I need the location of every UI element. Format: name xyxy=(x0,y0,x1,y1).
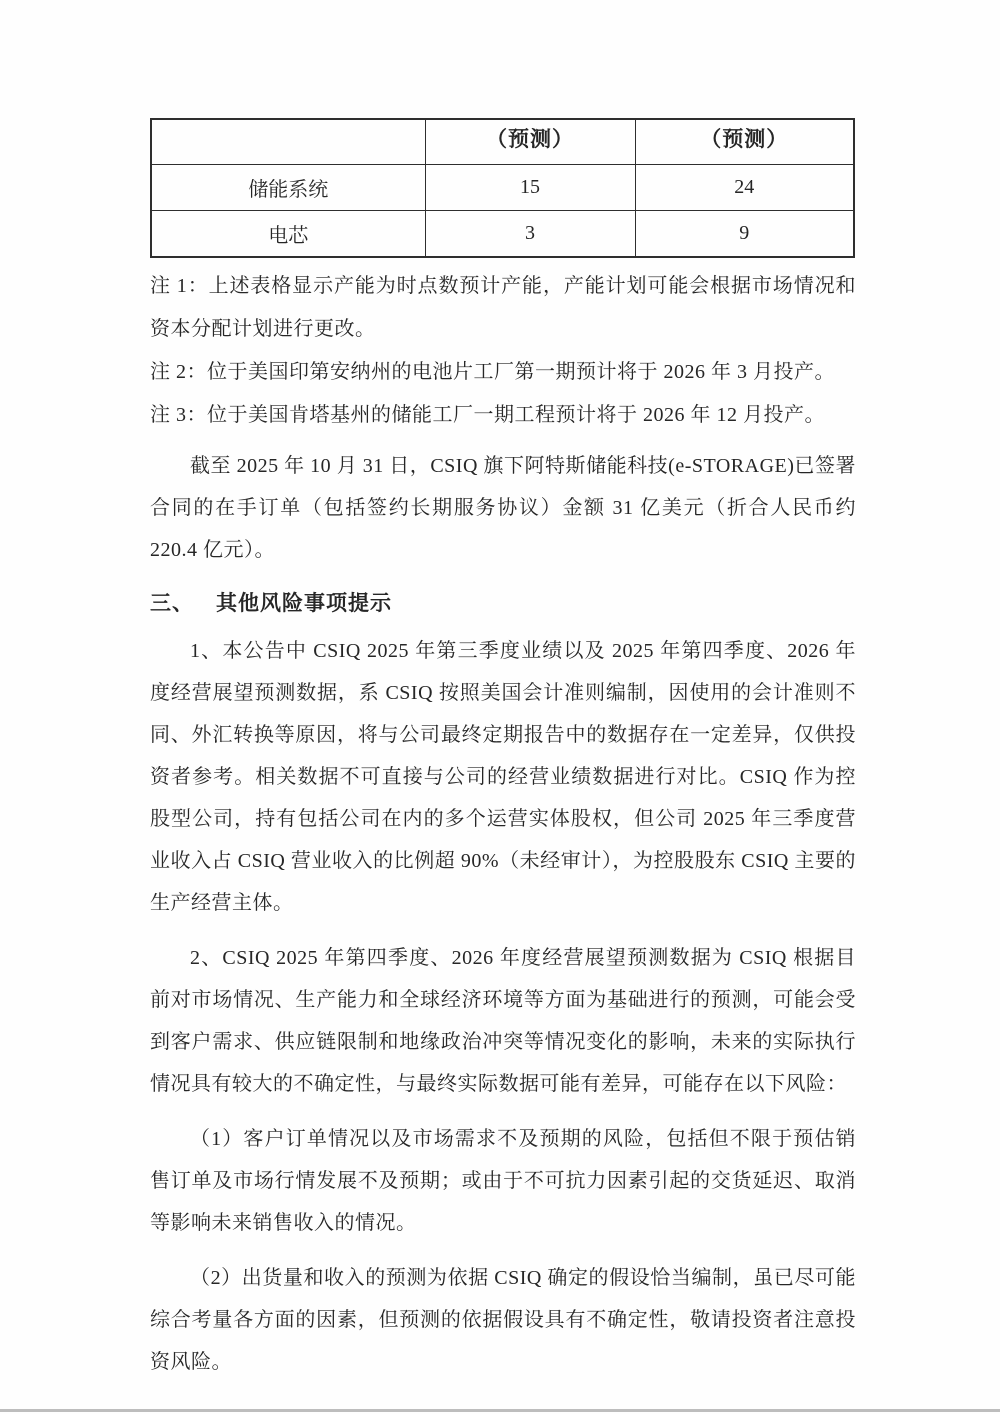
risk-paragraph-4: （2）出货量和收入的预测为依据 CSIQ 确定的假设恰当编制，虽已尽可能综合考量… xyxy=(150,1257,856,1383)
section-heading: 三、 其他风险事项提示 xyxy=(150,587,856,617)
backlog-paragraph: 截至 2025 年 10 月 31 日，CSIQ 旗下阿特斯储能科技(e-STO… xyxy=(150,445,856,571)
section-title: 其他风险事项提示 xyxy=(216,587,392,617)
table-row-battery-cell: 电芯 3 9 xyxy=(151,211,854,258)
battery-cell-forecast-2: 9 xyxy=(635,211,854,258)
table-header-forecast-col2: （预测） xyxy=(635,119,854,165)
row-label-storage-system: 储能系统 xyxy=(151,165,425,211)
risk-paragraph-1: 1、本公告中 CSIQ 2025 年第三季度业绩以及 2025 年第四季度、20… xyxy=(150,630,856,924)
document-content: （预测） （预测） 储能系统 15 24 电芯 3 9 注 1：上述表格显示产能… xyxy=(150,118,856,1383)
storage-system-forecast-2: 24 xyxy=(635,165,854,211)
table-header-forecast-col1: （预测） xyxy=(425,119,635,165)
row-label-battery-cell: 电芯 xyxy=(151,211,425,258)
table-header-row: （预测） （预测） xyxy=(151,119,854,165)
document-page: （预测） （预测） 储能系统 15 24 电芯 3 9 注 1：上述表格显示产能… xyxy=(0,0,1000,1414)
risk-paragraph-3: （1）客户订单情况以及市场需求不及预期的风险，包括但不限于预估销售订单及市场行情… xyxy=(150,1118,856,1244)
note-1: 注 1：上述表格显示产能为时点数预计产能，产能计划可能会根据市场情况和资本分配计… xyxy=(150,265,856,351)
battery-cell-forecast-1: 3 xyxy=(425,211,635,258)
table-row-storage-system: 储能系统 15 24 xyxy=(151,165,854,211)
table-header-empty-cell xyxy=(151,119,425,165)
page-bottom-edge xyxy=(0,1409,1000,1412)
storage-system-forecast-1: 15 xyxy=(425,165,635,211)
note-2: 注 2：位于美国印第安纳州的电池片工厂第一期预计将于 2026 年 3 月投产。 xyxy=(150,351,856,394)
note-3: 注 3：位于美国肯塔基州的储能工厂一期工程预计将于 2026 年 12 月投产。 xyxy=(150,394,856,437)
capacity-forecast-table: （预测） （预测） 储能系统 15 24 电芯 3 9 xyxy=(150,118,855,258)
section-number: 三、 xyxy=(150,587,216,617)
risk-paragraph-2: 2、CSIQ 2025 年第四季度、2026 年度经营展望预测数据为 CSIQ … xyxy=(150,937,856,1105)
